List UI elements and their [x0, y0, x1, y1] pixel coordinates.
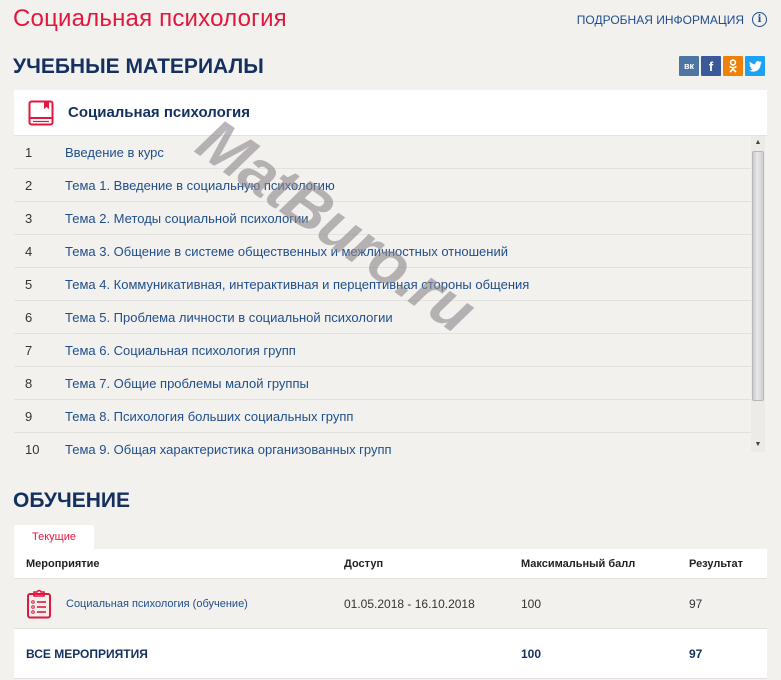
list-scrollbar[interactable]: ▲ ▼	[751, 136, 765, 452]
more-info-link[interactable]: ПОДРОБНАЯ ИНФОРМАЦИЯ i	[577, 12, 767, 27]
scroll-thumb[interactable]	[752, 151, 764, 401]
item-number: 2	[14, 178, 65, 193]
list-item[interactable]: 5Тема 4. Коммуникативная, интерактивная …	[14, 268, 751, 301]
item-link[interactable]: Тема 2. Методы социальной психологии	[65, 211, 309, 226]
item-number: 10	[14, 442, 65, 457]
course-header: Социальная психология	[14, 90, 767, 136]
materials-panel: Социальная психология 1Введение в курс 2…	[14, 90, 767, 465]
facebook-icon[interactable]: f	[701, 56, 721, 76]
item-link[interactable]: Тема 6. Социальная психология групп	[65, 343, 296, 358]
events-table: Мероприятие Доступ Максимальный балл Рез…	[14, 549, 767, 679]
list-item[interactable]: 7Тема 6. Социальная психология групп	[14, 334, 751, 367]
item-number: 6	[14, 310, 65, 325]
item-link[interactable]: Введение в курс	[65, 145, 164, 160]
list-item[interactable]: 9Тема 8. Психология больших социальных г…	[14, 400, 751, 433]
total-label: ВСЕ МЕРОПРИЯТИЯ	[14, 647, 344, 661]
materials-section-title: УЧЕБНЫЕ МАТЕРИАЛЫ	[13, 55, 264, 79]
list-item[interactable]: 8Тема 7. Общие проблемы малой группы	[14, 367, 751, 400]
materials-list: 1Введение в курс 2Тема 1. Введение в соц…	[14, 136, 767, 465]
event-link[interactable]: Социальная психология (обучение)	[66, 598, 248, 610]
scroll-up-icon[interactable]: ▲	[751, 136, 765, 150]
max-score: 100	[521, 597, 689, 611]
training-section-title: ОБУЧЕНИЕ	[13, 489, 130, 513]
more-info-label: ПОДРОБНАЯ ИНФОРМАЦИЯ	[577, 13, 744, 27]
social-share-bar: вк f	[679, 56, 765, 76]
item-link[interactable]: Тема 7. Общие проблемы малой группы	[65, 376, 309, 391]
access-dates: 01.05.2018 - 16.10.2018	[344, 597, 521, 611]
item-link[interactable]: Тема 9. Общая характеристика организован…	[65, 442, 392, 457]
table-row: Социальная психология (обучение) 01.05.2…	[14, 579, 767, 629]
odnoklassniki-icon[interactable]	[723, 56, 743, 76]
col-access: Доступ	[344, 558, 521, 570]
col-event: Мероприятие	[14, 558, 344, 570]
item-number: 3	[14, 211, 65, 226]
scroll-down-icon[interactable]: ▼	[751, 438, 765, 452]
item-number: 7	[14, 343, 65, 358]
item-number: 9	[14, 409, 65, 424]
item-number: 5	[14, 277, 65, 292]
twitter-icon[interactable]	[745, 56, 765, 76]
list-item[interactable]: 2Тема 1. Введение в социальную психологи…	[14, 169, 751, 202]
list-item[interactable]: 10Тема 9. Общая характеристика организов…	[14, 433, 751, 465]
vk-icon[interactable]: вк	[679, 56, 699, 76]
book-icon	[28, 100, 54, 126]
item-link[interactable]: Тема 3. Общение в системе общественных и…	[65, 244, 508, 259]
info-icon[interactable]: i	[752, 12, 767, 27]
item-number: 4	[14, 244, 65, 259]
col-result: Результат	[689, 558, 767, 570]
item-number: 1	[14, 145, 65, 160]
clipboard-list-icon	[26, 589, 52, 619]
total-row: ВСЕ МЕРОПРИЯТИЯ 100 97	[14, 629, 767, 679]
item-link[interactable]: Тема 1. Введение в социальную психологию	[65, 178, 335, 193]
item-link[interactable]: Тема 5. Проблема личности в социальной п…	[65, 310, 393, 325]
page-title: Социальная психология	[13, 5, 287, 33]
list-item[interactable]: 1Введение в курс	[14, 136, 751, 169]
item-link[interactable]: Тема 4. Коммуникативная, интерактивная и…	[65, 277, 529, 292]
result-score: 97	[689, 597, 767, 611]
list-item[interactable]: 6Тема 5. Проблема личности в социальной …	[14, 301, 751, 334]
list-item[interactable]: 4Тема 3. Общение в системе общественных …	[14, 235, 751, 268]
total-result: 97	[689, 647, 767, 661]
item-number: 8	[14, 376, 65, 391]
event-cell: Социальная психология (обучение)	[14, 589, 344, 619]
tab-current[interactable]: Текущие	[14, 525, 94, 549]
item-link[interactable]: Тема 8. Психология больших социальных гр…	[65, 409, 353, 424]
table-header: Мероприятие Доступ Максимальный балл Рез…	[14, 549, 767, 579]
list-item[interactable]: 3Тема 2. Методы социальной психологии	[14, 202, 751, 235]
col-max-score: Максимальный балл	[521, 558, 689, 570]
course-name: Социальная психология	[68, 104, 250, 121]
total-max: 100	[521, 647, 689, 661]
